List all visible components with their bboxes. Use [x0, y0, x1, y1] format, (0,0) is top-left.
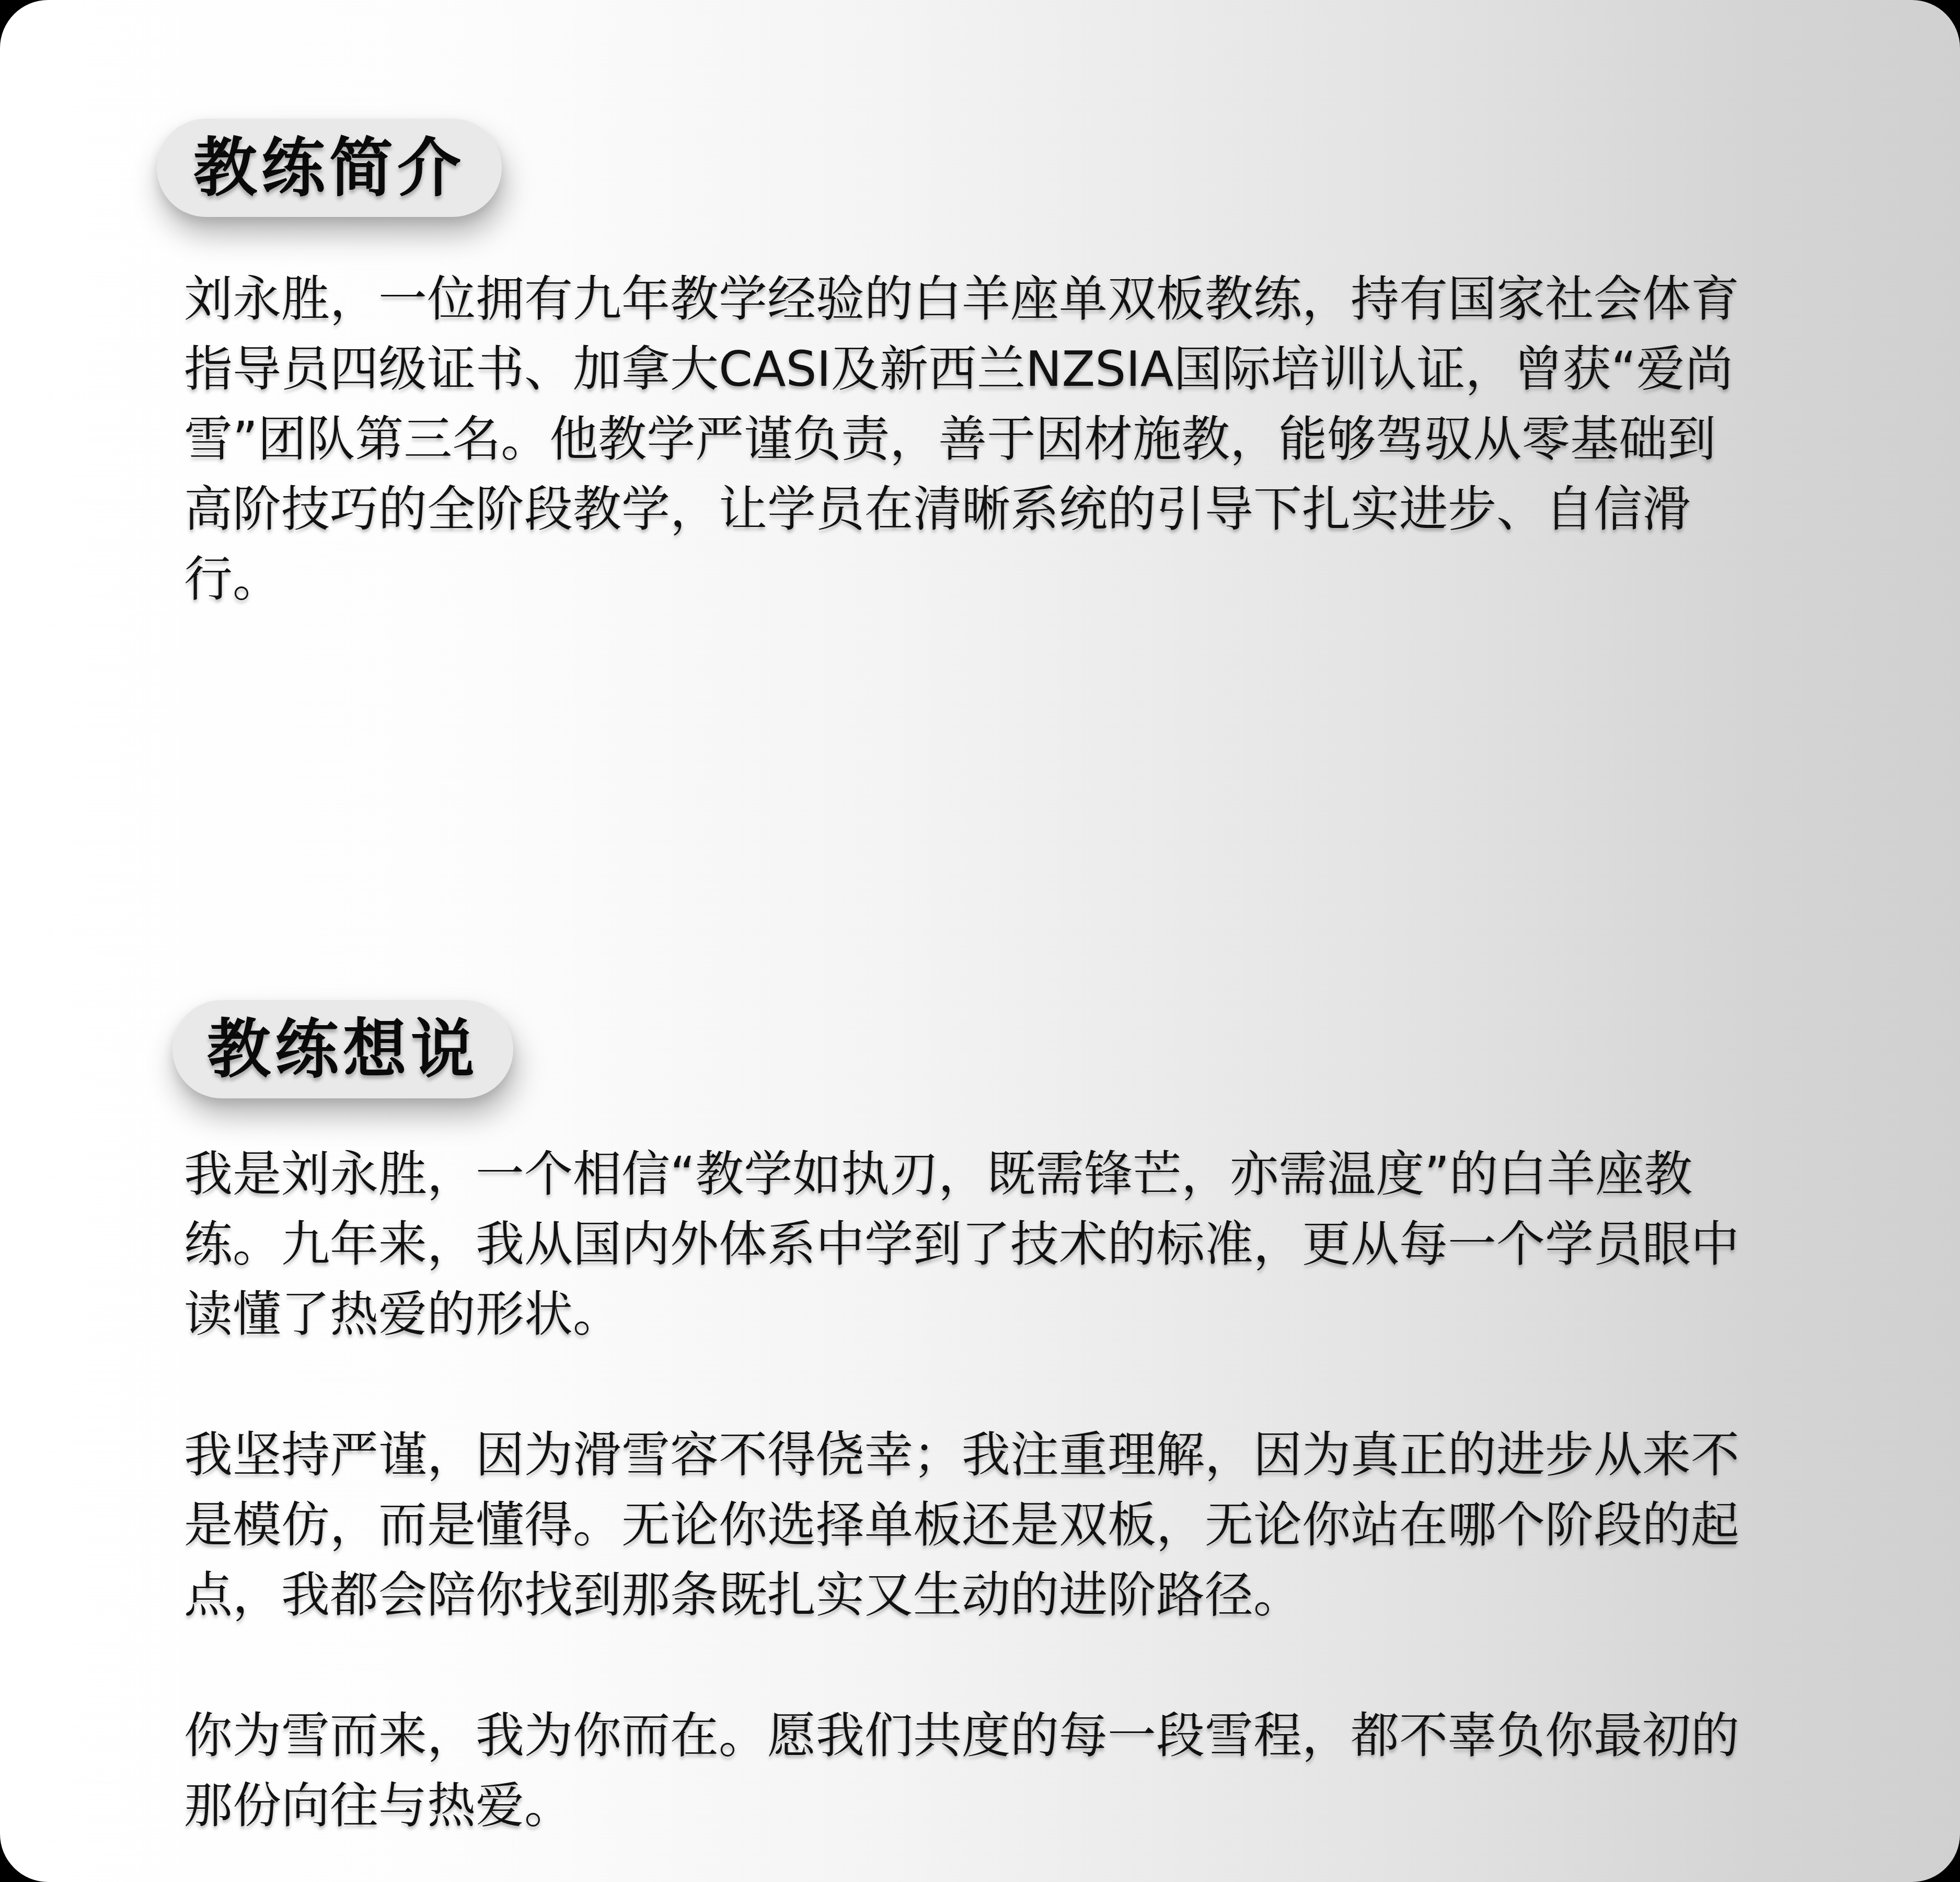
coach-message-paragraph-2: 我坚持严谨，因为滑雪容不得侥幸；我注重理解，因为真正的进步从来不 是模仿，而是懂… [184, 1420, 1851, 1630]
coach-intro-paragraph: 刘永胜，一位拥有九年教学经验的白羊座单双板教练，持有国家社会体育 指导员四级证书… [184, 264, 1851, 614]
coach-message-paragraph-1: 我是刘永胜，一个相信“教学如执刃，既需锋芒，亦需温度”的白羊座教 练。九年来，我… [184, 1139, 1851, 1349]
coach-message-badge: 教练想说 [172, 1000, 513, 1098]
coach-message-text-block: 我是刘永胜，一个相信“教学如执刃，既需锋芒，亦需温度”的白羊座教 练。九年来，我… [184, 1139, 1851, 1841]
page-background: 教练简介 刘永胜，一位拥有九年教学经验的白羊座单双板教练，持有国家社会体育 指导… [0, 0, 1960, 1882]
coach-intro-text-block: 刘永胜，一位拥有九年教学经验的白羊座单双板教练，持有国家社会体育 指导员四级证书… [184, 264, 1851, 614]
coach-profile-card: 教练简介 刘永胜，一位拥有九年教学经验的白羊座单双板教练，持有国家社会体育 指导… [0, 0, 1960, 1882]
coach-intro-badge: 教练简介 [157, 119, 502, 217]
coach-message-badge-label: 教练想说 [207, 1017, 479, 1081]
coach-message-paragraph-3: 你为雪而来，我为你而在。愿我们共度的每一段雪程，都不辜负你最初的 那份向往与热爱… [184, 1701, 1851, 1841]
coach-intro-badge-label: 教练简介 [193, 136, 465, 200]
